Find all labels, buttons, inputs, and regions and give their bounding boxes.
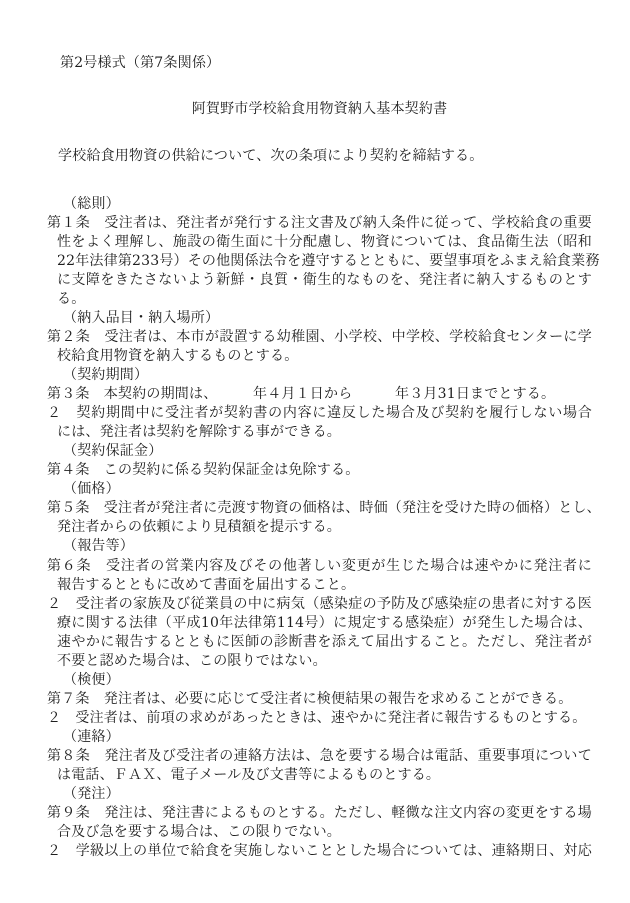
doc-line-article: ２ 受注者は、前項の求めがあったときは、速やかに発注者に報告するものとする。: [47, 709, 592, 728]
doc-line-article: 第２条 受注者は、本市が設置する幼稚園、小学校、中学校、学校給食センターに学: [47, 328, 592, 347]
doc-line-heading: （報告等）: [47, 537, 592, 556]
doc-line-article: 第５条 受注者が発注者に売渡す物資の価格は、時価（発注を受けた時の価格）とし、: [47, 499, 592, 518]
doc-line-article: ２ 受注者の家族及び従業員の中に病気（感染症の予防及び感染症の患者に対する医: [47, 595, 592, 614]
document-page: 第2号様式（第7条関係） 阿賀野市学校給食用物資納入基本契約書 学校給食用物資の…: [0, 0, 630, 903]
doc-line-heading: （連絡）: [47, 728, 592, 747]
doc-line-heading: （検便）: [47, 671, 592, 690]
doc-line-article: 第７条 発注者は、必要に応じて受注者に検便結果の報告を求めることができる。: [47, 690, 592, 709]
doc-line-article: 第４条 この契約に係る契約保証金は免除する。: [47, 461, 592, 480]
doc-line-cont: に支障をきたさないよう新鮮・良質・衛生的なものを、発注者に納入するものとす: [47, 271, 592, 290]
doc-line-heading: （契約保証金）: [47, 442, 592, 461]
vertical-spacer: [47, 119, 592, 147]
doc-line-cont: には、発注者は契約を解除する事ができる。: [47, 423, 592, 442]
doc-line-cont: 発注者からの依頼により見積額を提示する。: [47, 518, 592, 537]
doc-line-heading: （納入品目・納入場所）: [47, 309, 592, 328]
form-number: 第2号様式（第7条関係）: [47, 54, 592, 73]
doc-line-cont: 速やかに報告するとともに医師の診断書を添えて届出すること。ただし、発注者が: [47, 633, 592, 652]
doc-line-cont: 報告するとともに改めて書面を届出すること。: [47, 576, 592, 595]
document-body: （総則）第１条 受注者は、発注者が発行する注文書及び納入条件に従って、学校給食の…: [47, 195, 592, 862]
vertical-spacer: [47, 166, 592, 195]
doc-line-cont: 22年法律第233号）その他関係法令を遵守するとともに、要望事項をふまえ給食業務: [47, 252, 592, 271]
intro-sentence: 学校給食用物資の供給について、次の条項により契約を締結する。: [47, 147, 592, 166]
doc-line-cont: 不要と認めた場合は、この限りではない。: [47, 652, 592, 671]
doc-line-heading: （価格）: [47, 480, 592, 499]
doc-line-cont: る。: [47, 290, 592, 309]
doc-line-article: 第８条 発注者及び受注者の連絡方法は、急を要する場合は電話、重要事項について: [47, 747, 592, 766]
document-title: 阿賀野市学校給食用物資納入基本契約書: [47, 100, 592, 119]
doc-line-heading: （発注）: [47, 785, 592, 804]
doc-line-cont: 校給食用物資を納入するものとする。: [47, 347, 592, 366]
doc-line-article: ２ 学級以上の単位で給食を実施しないこととした場合については、連絡期日、対応: [47, 842, 592, 861]
doc-line-article: 第９条 発注は、発注書によるものとする。ただし、軽微な注文内容の変更をする場: [47, 804, 592, 823]
doc-line-article: 第３条 本契約の期間は、 年４月１日から 年３月31日までとする。: [47, 385, 592, 404]
doc-line-cont: 性をよく理解し、施設の衛生面に十分配慮し、物資については、食品衛生法（昭和: [47, 233, 592, 252]
doc-line-article: 第１条 受注者は、発注者が発行する注文書及び納入条件に従って、学校給食の重要: [47, 214, 592, 233]
doc-line-heading: （契約期間）: [47, 366, 592, 385]
doc-line-cont: は電話、ＦＡＸ、電子メール及び文書等によるものとする。: [47, 766, 592, 785]
doc-line-article: 第６条 受注者の営業内容及びその他著しい変更が生じた場合は速やかに発注者に: [47, 557, 592, 576]
doc-line-cont: 療に関する法律（平成10年法律第114号）に規定する感染症）が発生した場合は、: [47, 614, 592, 633]
doc-line-article: ２ 契約期間中に受注者が契約書の内容に違反した場合及び契約を履行しない場合: [47, 404, 592, 423]
doc-line-cont: 合及び急を要する場合は、この限りでない。: [47, 823, 592, 842]
vertical-spacer: [47, 73, 592, 100]
doc-line-heading: （総則）: [47, 195, 592, 214]
